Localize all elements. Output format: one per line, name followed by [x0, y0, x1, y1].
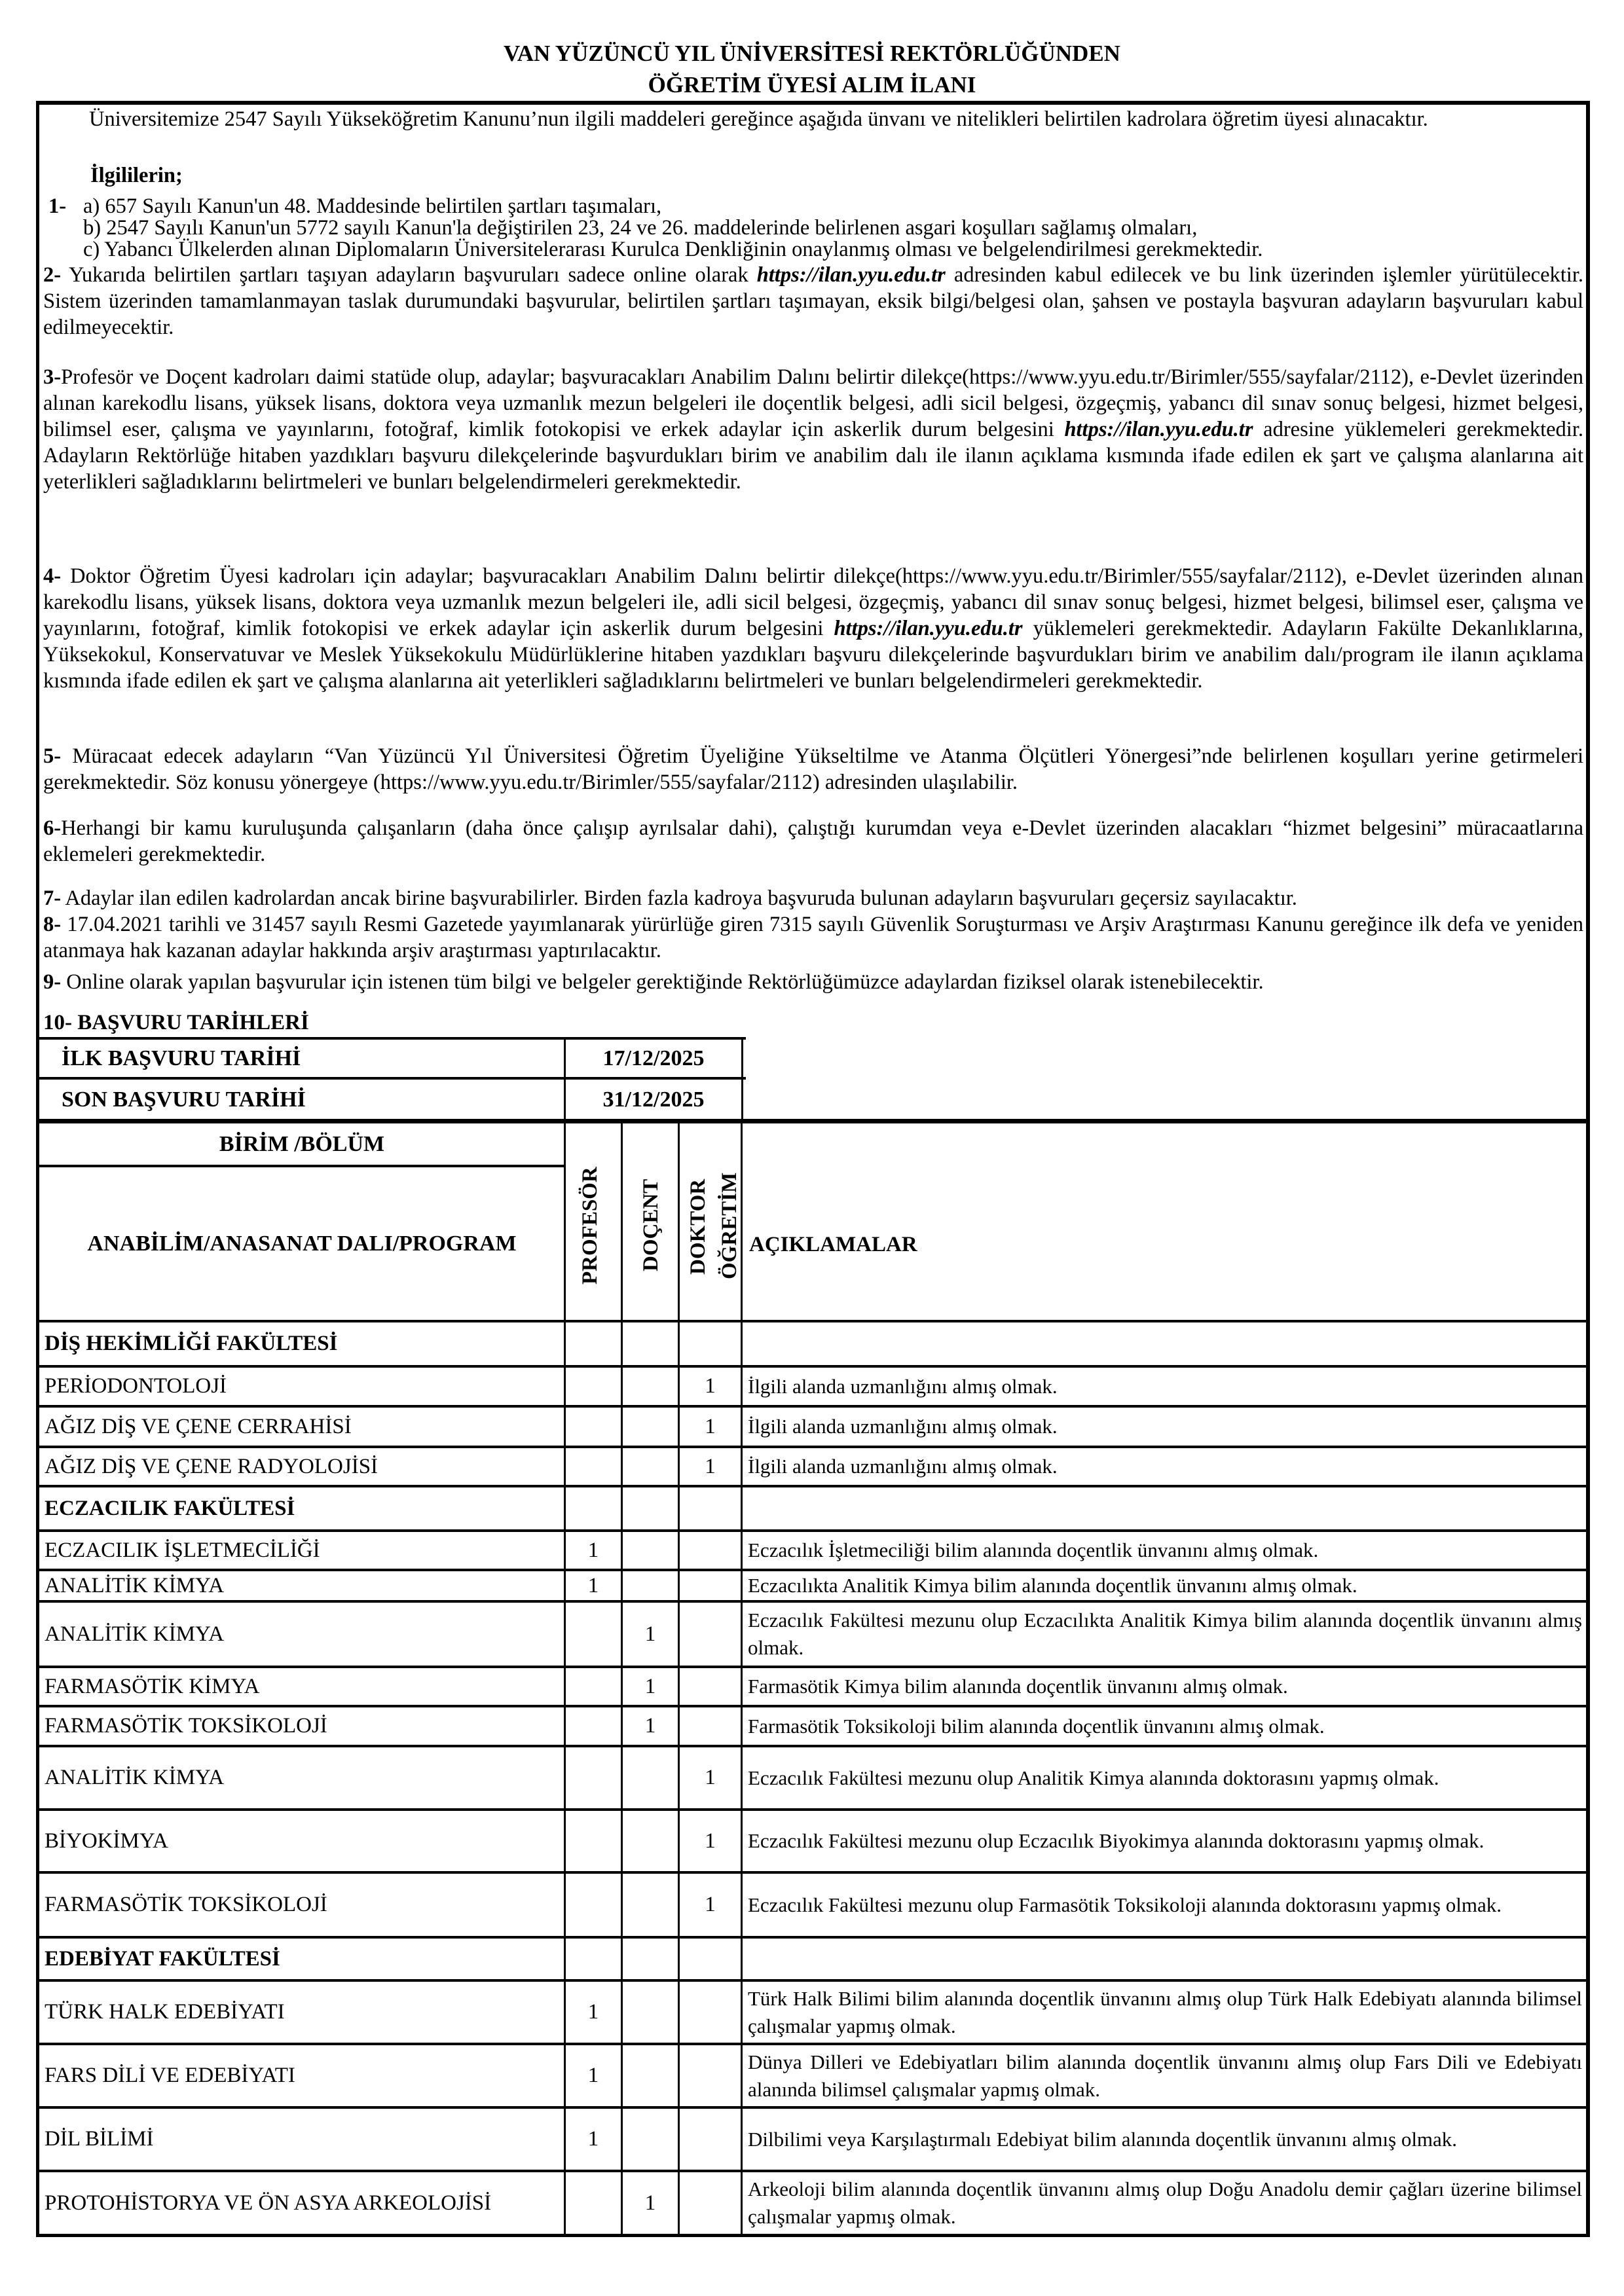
description: İlgili alanda uzmanlığını almış olmak. — [743, 1368, 1586, 1405]
assistant-count — [680, 1707, 741, 1745]
item-1a: a) 657 Sayılı Kanun'un 48. Maddesinde be… — [83, 196, 661, 217]
professor-count — [566, 1747, 621, 1808]
description — [743, 1487, 1586, 1529]
program-name: BİYOKİMYA — [39, 1811, 564, 1871]
description: Türk Halk Bilimi bilim alanında doçentli… — [743, 1982, 1586, 2043]
intro-paragraph: Üniversitemize 2547 Sayılı Yükseköğretim… — [43, 106, 1583, 132]
col-divider-notes — [741, 1123, 743, 2235]
program-name: FARMASÖTİK TOKSİKOLOJİ — [39, 1707, 564, 1745]
header-professor: PROFESÖR — [579, 1167, 601, 1285]
assistant-count — [680, 1939, 741, 1979]
last-application-date-label: SON BAŞVURU TARİHİ — [39, 1080, 563, 1120]
frame-top-border — [36, 101, 1590, 105]
frame-left-border — [36, 101, 39, 1122]
professor-count — [566, 2172, 621, 2234]
professor-count — [566, 1811, 621, 1871]
professor-count — [566, 1668, 621, 1705]
item-4-number: 4- — [43, 564, 61, 588]
description — [743, 1322, 1586, 1365]
professor-count: 1 — [566, 1571, 621, 1600]
application-link[interactable]: https://ilan.yyu.edu.tr — [834, 617, 1022, 640]
header-associate: DOÇENT — [640, 1179, 662, 1271]
assistant-count — [680, 2109, 741, 2170]
item-6-text: Herhangi bir kamu kuruluşunda çalışanlar… — [43, 816, 1583, 866]
program-name: FARMASÖTİK TOKSİKOLOJİ — [39, 1874, 564, 1936]
header-assistant-line2: ÖĞRETİM — [718, 1173, 741, 1279]
item-7-text: Adaylar ilan edilen kadrolardan ancak bi… — [61, 886, 1297, 910]
description: Farmasötik Kimya bilim alanında doçentli… — [743, 1668, 1586, 1705]
first-application-date-label: İLK BAŞVURU TARİHİ — [39, 1040, 563, 1077]
program-name: TÜRK HALK EDEBİYATI — [39, 1982, 564, 2043]
item-8-text: 17.04.2021 tarihli ve 31457 sayılı Resmi… — [43, 913, 1583, 962]
assistant-count — [680, 1487, 741, 1529]
item-1b: b) 2547 Sayılı Kanun'un 5772 sayılı Kanu… — [83, 217, 1197, 239]
header-department: ANABİLİM/ANASANAT DALI/PROGRAM — [39, 1167, 564, 1320]
assistant-count: 1 — [680, 1448, 741, 1485]
table-header-top — [36, 1119, 1590, 1123]
professor-count — [566, 1939, 621, 1979]
description: Dünya Dilleri ve Edebiyatları bilim alan… — [743, 2045, 1586, 2106]
item-7-number: 7- — [43, 886, 61, 910]
professor-count — [566, 1603, 621, 1666]
associate-count — [623, 1448, 678, 1485]
table-right-border — [1586, 1119, 1590, 2236]
professor-count — [566, 1368, 621, 1405]
col-divider-assistant — [678, 1123, 680, 2235]
professor-count — [566, 1874, 621, 1936]
assistant-count — [680, 1603, 741, 1666]
item-6-paragraph: 6-Herhangi bir kamu kuruluşunda çalışanl… — [43, 815, 1583, 867]
item-5-number: 5- — [43, 744, 61, 768]
description: İlgili alanda uzmanlığını almış olmak. — [743, 1408, 1586, 1446]
dates-heading: 10- BAŞVURU TARİHLERİ — [43, 1010, 309, 1036]
item-9-text: Online olarak yapılan başvurular için is… — [61, 970, 1264, 994]
item-1-number: 1- — [48, 196, 66, 217]
item-3-paragraph: 3-Profesör ve Doçent kadroları daimi sta… — [43, 364, 1583, 495]
assistant-count — [680, 2045, 741, 2106]
description: Dilbilimi veya Karşılaştırmalı Edebiyat … — [743, 2109, 1586, 2170]
assistant-count: 1 — [680, 1408, 741, 1446]
description: Eczacılık Fakültesi mezunu olup Analitik… — [743, 1747, 1586, 1808]
item-4-paragraph: 4- Doktor Öğretim Üyesi kadroları için a… — [43, 563, 1583, 694]
associate-count — [623, 1487, 678, 1529]
col-divider-professor — [564, 1123, 566, 2235]
professor-count: 1 — [566, 2109, 621, 2170]
assistant-count — [680, 1571, 741, 1600]
last-application-date-value: 31/12/2025 — [566, 1080, 741, 1120]
item-8-paragraph: 8- 17.04.2021 tarihli ve 31457 sayılı Re… — [43, 911, 1583, 964]
professor-count — [566, 1707, 621, 1745]
row-divider — [36, 2234, 1590, 2237]
associate-count — [623, 1408, 678, 1446]
application-link[interactable]: https://ilan.yyu.edu.tr — [1064, 418, 1253, 441]
item-3-number: 3- — [43, 365, 61, 389]
professor-count: 1 — [566, 1982, 621, 2043]
program-name: ANALİTİK KİMYA — [39, 1603, 564, 1666]
item-2-paragraph: 2- Yukarıda belirtilen şartları taşıyan … — [43, 262, 1583, 340]
program-name: AĞIZ DİŞ VE ÇENE CERRAHİSİ — [39, 1408, 564, 1446]
professor-count — [566, 1448, 621, 1485]
professor-count — [566, 1487, 621, 1529]
item-9-paragraph: 9- Online olarak yapılan başvurular için… — [43, 969, 1583, 995]
header-notes: AÇIKLAMALAR — [747, 1123, 1139, 1320]
associate-count — [623, 2109, 678, 2170]
associate-count — [623, 1368, 678, 1405]
program-name: ECZACILIK İŞLETMECİLİĞİ — [39, 1532, 564, 1569]
program-name: PERİODONTOLOJİ — [39, 1368, 564, 1405]
item-2-number: 2- — [43, 263, 61, 287]
description: Eczacılık Fakültesi mezunu olup Eczacılı… — [743, 1603, 1586, 1666]
professor-count — [566, 1322, 621, 1365]
program-name: ANALİTİK KİMYA — [39, 1571, 564, 1600]
header-unit: BİRİM /BÖLÜM — [39, 1123, 564, 1165]
associate-count — [623, 1874, 678, 1936]
assistant-count: 1 — [680, 1368, 741, 1405]
associate-count — [623, 1939, 678, 1979]
program-name: DİL BİLİMİ — [39, 2109, 564, 2170]
faculty-name: ECZACILIK FAKÜLTESİ — [39, 1487, 564, 1529]
description: Eczacılık Fakültesi mezunu olup Farmasöt… — [743, 1874, 1586, 1936]
item-1c: c) Yabancı Ülkelerden alınan Diplomaları… — [83, 239, 1263, 261]
description: Farmasötik Toksikoloji bilim alanında do… — [743, 1707, 1586, 1745]
col-divider-associate — [621, 1123, 623, 2235]
associate-count: 1 — [623, 1603, 678, 1666]
item-2-text: Yukarıda belirtilen şartları taşıyan ada… — [61, 263, 757, 287]
first-application-date-value: 17/12/2025 — [566, 1040, 741, 1077]
associate-count: 1 — [623, 1707, 678, 1745]
assistant-count: 1 — [680, 1874, 741, 1936]
associate-count: 1 — [623, 1668, 678, 1705]
associate-count — [623, 1571, 678, 1600]
program-name: ANALİTİK KİMYA — [39, 1747, 564, 1808]
faculty-name: DİŞ HEKİMLİĞİ FAKÜLTESİ — [39, 1322, 564, 1365]
program-name: PROTOHİSTORYA VE ÖN ASYA ARKEOLOJİSİ — [39, 2172, 564, 2234]
assistant-count: 1 — [680, 1811, 741, 1871]
document-subtitle: ÖĞRETİM ÜYESİ ALIM İLANI — [0, 72, 1624, 98]
assistant-count — [680, 2172, 741, 2234]
table-left-border — [36, 1119, 39, 2236]
dates-table-right — [741, 1037, 743, 1121]
item-5-paragraph: 5- Müracaat edecek adayların “Van Yüzünc… — [43, 743, 1583, 795]
professor-count — [566, 1408, 621, 1446]
description: Eczacılıkta Analitik Kimya bilim alanınd… — [743, 1571, 1586, 1600]
associate-count — [623, 1811, 678, 1871]
item-8-number: 8- — [43, 913, 61, 936]
description — [743, 1939, 1586, 1979]
ilgililerin-label: İlgililerin; — [90, 165, 183, 187]
application-link[interactable]: https://ilan.yyu.edu.tr — [757, 263, 946, 287]
program-name: AĞIZ DİŞ VE ÇENE RADYOLOJİSİ — [39, 1448, 564, 1485]
item-9-number: 9- — [43, 970, 61, 994]
associate-count — [623, 1747, 678, 1808]
frame-right-border — [1586, 101, 1590, 1122]
associate-count — [623, 1982, 678, 2043]
professor-count: 1 — [566, 2045, 621, 2106]
assistant-count — [680, 1982, 741, 2043]
program-name: FARS DİLİ VE EDEBİYATI — [39, 2045, 564, 2106]
header-assistant-line1: DOKTOR — [687, 1179, 709, 1275]
program-name: FARMASÖTİK KİMYA — [39, 1668, 564, 1705]
associate-count: 1 — [623, 2172, 678, 2234]
item-5-text: Müracaat edecek adayların “Van Yüzüncü Y… — [43, 744, 1583, 794]
faculty-name: EDEBİYAT FAKÜLTESİ — [39, 1939, 564, 1979]
associate-count — [623, 2045, 678, 2106]
professor-count: 1 — [566, 1532, 621, 1569]
associate-count — [623, 1322, 678, 1365]
assistant-count — [680, 1668, 741, 1705]
description: İlgili alanda uzmanlığını almış olmak. — [743, 1448, 1586, 1485]
assistant-count: 1 — [680, 1747, 741, 1808]
assistant-count — [680, 1532, 741, 1569]
assistant-count — [680, 1322, 741, 1365]
description: Eczacılık Fakültesi mezunu olup Eczacılı… — [743, 1811, 1586, 1871]
item-7-paragraph: 7- Adaylar ilan edilen kadrolardan ancak… — [43, 885, 1583, 911]
description: Eczacılık İşletmeciliği bilim alanında d… — [743, 1532, 1586, 1569]
description: Arkeoloji bilim alanında doçentlik ünvan… — [743, 2172, 1586, 2234]
associate-count — [623, 1532, 678, 1569]
item-6-number: 6- — [43, 816, 61, 840]
document-title: VAN YÜZÜNCÜ YIL ÜNİVERSİTESİ REKTÖRLÜĞÜN… — [0, 41, 1624, 67]
